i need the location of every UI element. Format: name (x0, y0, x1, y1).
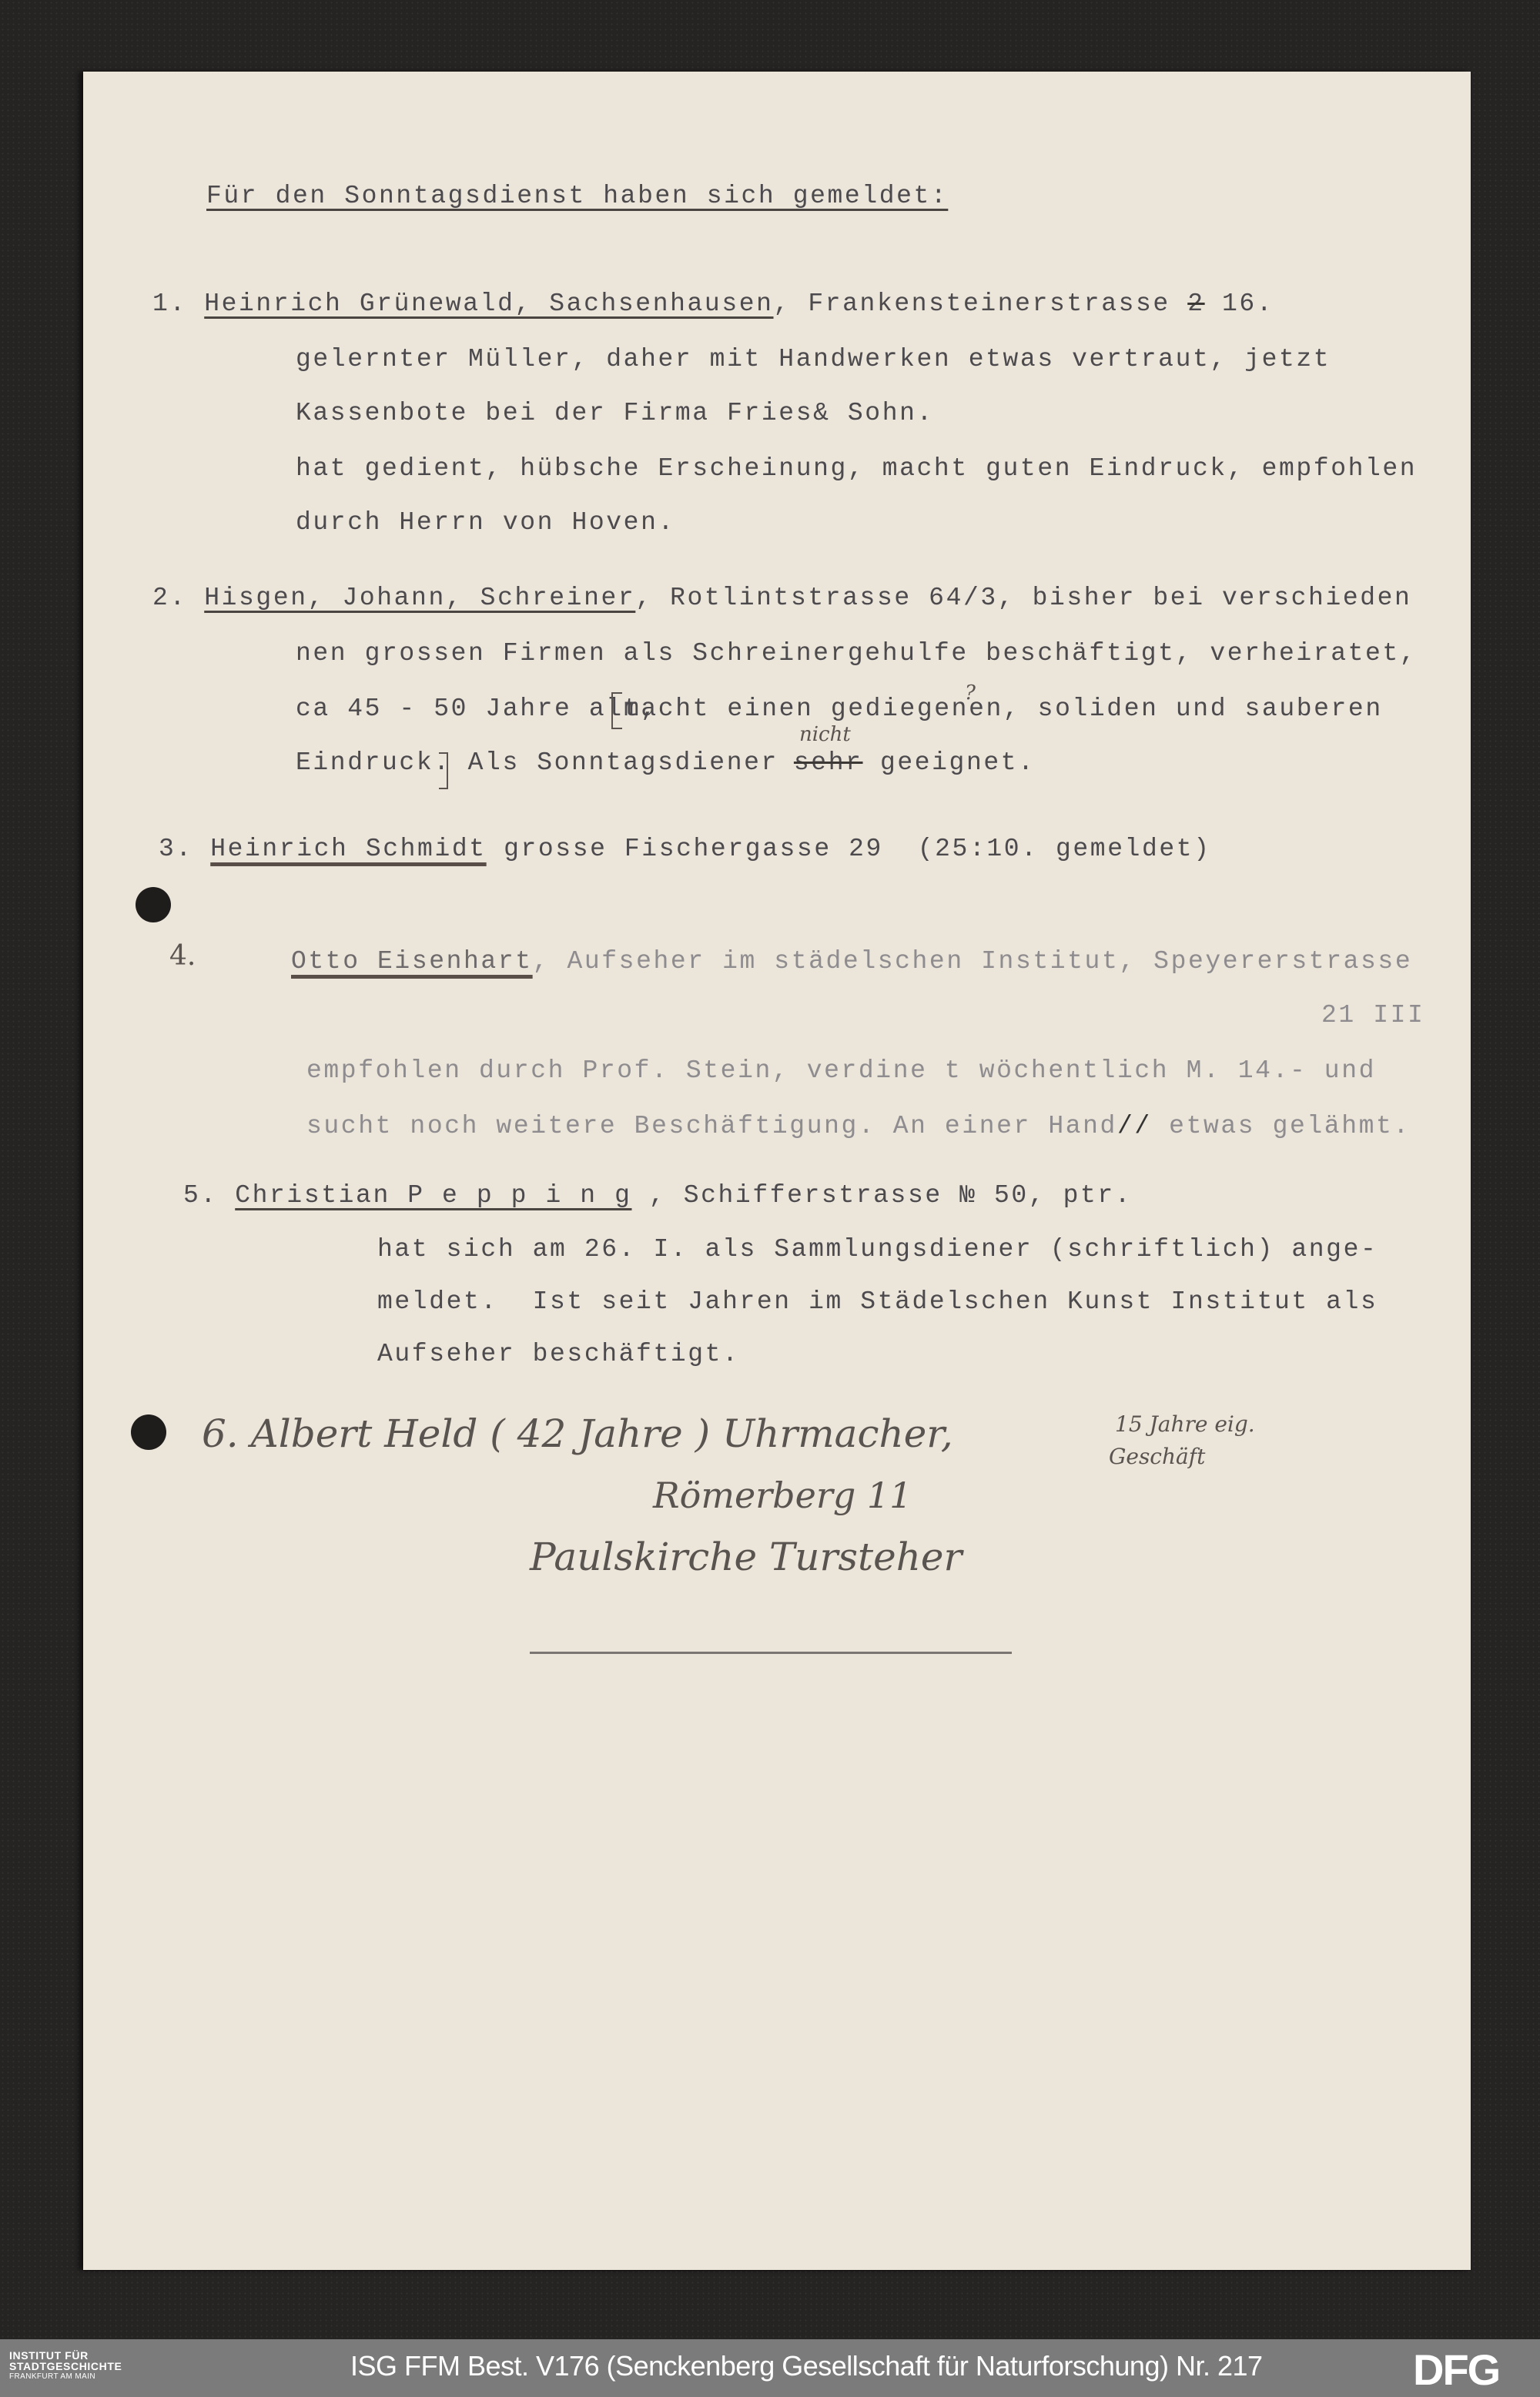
entry-1-detail: hat gedient, hübsche Erscheinung, macht … (296, 454, 1417, 484)
entry-name: Christian P e p p i n g (235, 1181, 631, 1210)
entry-number: 1. (152, 290, 187, 318)
archive-footer-bar: INSTITUT FÜR STADTGESCHICHTE FRANKFURT A… (0, 2339, 1540, 2397)
entry-number: 5. (183, 1181, 218, 1210)
entry-2-detail: nen grossen Firmen als Schreinergehulfe … (296, 638, 1417, 669)
entry-1-line: 1. Heinrich Grünewald, Sachsenhausen, Fr… (152, 289, 1274, 320)
handwritten-entry-6-line2: Römerberg 11 (653, 1475, 912, 1516)
handwritten-note-top: 15 Jahre eig. (1115, 1411, 1255, 1437)
handwritten-insertion: nicht (799, 723, 851, 746)
entry-5-detail: Aufseher beschäftigt. (377, 1339, 739, 1370)
entry-4-line: Otto Eisenhart, Aufseher im städelschen … (291, 946, 1412, 977)
entry-5-detail: meldet. Ist seit Jahren im Städelschen K… (377, 1287, 1378, 1317)
entry-1-detail: durch Herrn von Hoven. (296, 507, 675, 538)
entry-1-detail: Kassenbote bei der Firma Fries& Sohn. (296, 398, 934, 429)
handwritten-entry-6-line1: 6. Albert Held ( 42 Jahre ) Uhrmacher, (202, 1411, 953, 1456)
handwritten-note-bottom: Geschäft (1109, 1444, 1205, 1469)
handwritten-entry-6-line3: Paulskirche Tursteher (530, 1535, 962, 1579)
institution-logo: INSTITUT FÜR STADTGESCHICHTE FRANKFURT A… (9, 2350, 122, 2382)
house-number: 16. (1205, 290, 1274, 318)
entry-4-detail: empfohlen durch Prof. Stein, verdine t w… (306, 1056, 1376, 1086)
entry-5-detail: hat sich am 26. I. als Sammlungsdiener (… (377, 1234, 1378, 1265)
entry-1-detail: gelernter Müller, daher mit Handwerken e… (296, 344, 1331, 375)
entry-name: Heinrich Schmidt (210, 835, 486, 863)
handwritten-entry-number: 4. (169, 940, 196, 972)
entry-number: 3. (159, 835, 193, 863)
entry-name: Otto Eisenhart (291, 947, 533, 976)
archive-caption: ISG FFM Best. V176 (Senckenberg Gesellsc… (350, 2350, 1263, 2382)
entry-4-address-cont: 21 III (1321, 1000, 1424, 1031)
entry-number: 2. (152, 584, 187, 612)
strike-mark: // (1117, 1112, 1152, 1140)
handwritten-bracket-close (439, 752, 448, 789)
dfg-logo-icon: DFG (1413, 2348, 1499, 2392)
entry-address: grosse Fischergasse 29 (25:10. gemeldet) (487, 835, 1211, 863)
entry-address: , Frankensteinerstrasse (774, 290, 1170, 318)
struck-word: sehr (794, 748, 863, 777)
entry-2-line: 2. Hisgen, Johann, Schreiner, Rotlintstr… (152, 583, 1411, 614)
handwritten-rule (530, 1652, 1012, 1654)
struck-character: 2 (1187, 290, 1204, 318)
entry-2-detail: Eindruck.Als Sonntagsdienersehr geeignet… (296, 748, 1036, 778)
document-heading: Für den Sonntagsdienst haben sich gemeld… (206, 181, 948, 212)
entry-3-line: 3. Heinrich Schmidt grosse Fischergasse … (159, 834, 1211, 865)
entry-name: Hisgen, Johann, Schreiner (204, 584, 635, 612)
entry-5-line: 5. Christian P e p p i n g , Schifferstr… (183, 1180, 1132, 1211)
entry-2-detail: ca 45 - 50 Jahre alt, (296, 694, 658, 725)
entry-name: Heinrich Grünewald, Sachsenhausen (204, 290, 773, 318)
entry-address: , Schifferstrasse № 50, ptr. (632, 1181, 1133, 1210)
entry-address: , Aufseher im städelschen Institut, Spey… (533, 947, 1413, 976)
entry-2-detail: macht einen gediegenen, soliden und saub… (624, 694, 1383, 725)
punch-hole (136, 887, 171, 922)
entry-address: , Rotlintstrasse 64/3, bisher bei versch… (635, 584, 1411, 612)
entry-4-detail: sucht noch weitere Beschäftigung. An ein… (306, 1111, 1411, 1142)
handwritten-bracket-open (611, 692, 622, 729)
punch-hole (131, 1414, 166, 1450)
document-page: Für den Sonntagsdienst haben sich gemeld… (83, 72, 1471, 2270)
